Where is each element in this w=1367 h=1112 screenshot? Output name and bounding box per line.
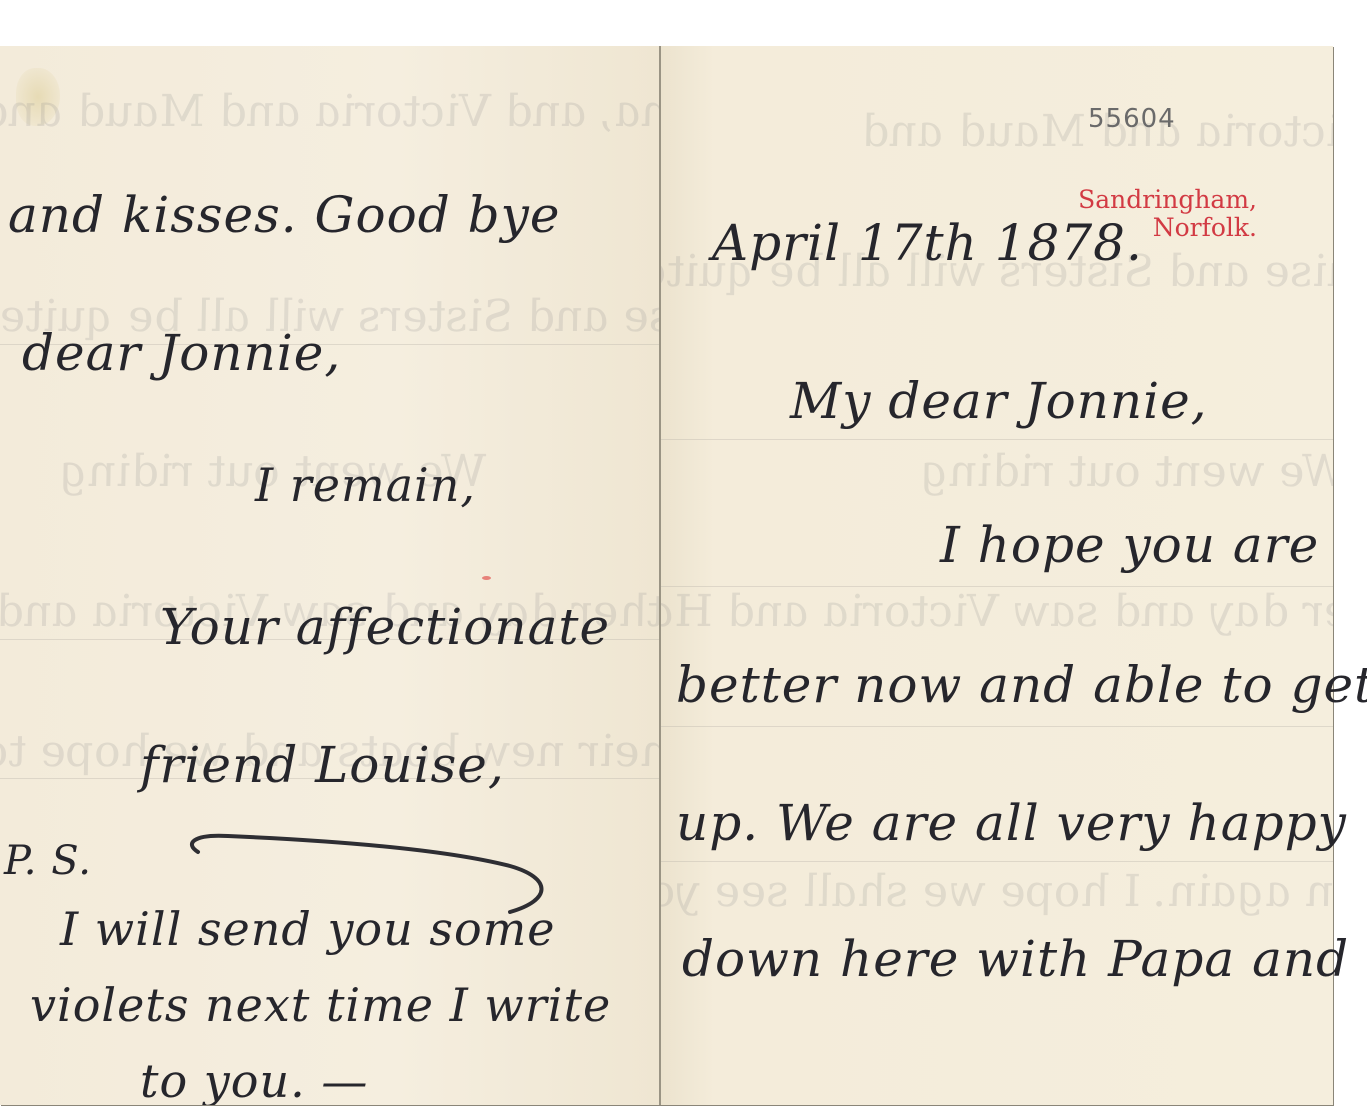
signature: friend Louise, xyxy=(140,736,505,794)
letter-sheet: Mama, and Victoria and Maud and their Lo… xyxy=(0,46,1333,1105)
closing-phrase: Your affectionate xyxy=(160,598,610,656)
postscript-line: violets next time I write xyxy=(30,978,611,1032)
faint-ruled-line xyxy=(661,861,1333,862)
letter-date: April 17th 1878. xyxy=(712,214,1143,272)
red-ink-spot xyxy=(482,576,491,580)
letter-line: down here with Papa and xyxy=(682,930,1349,988)
letter-line: I hope you are xyxy=(940,516,1319,574)
letter-line: dear Jonnie, xyxy=(22,324,341,382)
closing-phrase: I remain, xyxy=(255,458,476,512)
faint-ruled-line xyxy=(661,439,1333,440)
letterhead-line-1: Sandringham, xyxy=(1078,186,1257,214)
bleed-through-text: the other day and saw Victoria and Harry xyxy=(661,586,1333,637)
postscript-line: to you. — xyxy=(140,1054,368,1105)
letter-line: and kisses. Good bye xyxy=(8,186,560,244)
catalog-number: 55604 xyxy=(1088,104,1176,134)
bleed-through-text: We went out riding xyxy=(916,446,1333,497)
faint-ruled-line xyxy=(661,586,1333,587)
postscript-line: I will send you some xyxy=(60,902,556,956)
salutation: My dear Jonnie, xyxy=(790,372,1208,430)
left-page: Mama, and Victoria and Maud and their Lo… xyxy=(0,46,660,1105)
letter-line: better now and able to get xyxy=(676,656,1367,714)
postscript-label: P. S. xyxy=(4,838,92,884)
paper-stain xyxy=(16,68,60,126)
bleed-through-text: Mama, and Victoria and Maud and xyxy=(0,86,660,137)
bleed-through-text: soon again. I hope we shall see you xyxy=(661,866,1333,917)
faint-ruled-line xyxy=(661,726,1333,727)
letter-line: up. We are all very happy xyxy=(676,794,1347,852)
